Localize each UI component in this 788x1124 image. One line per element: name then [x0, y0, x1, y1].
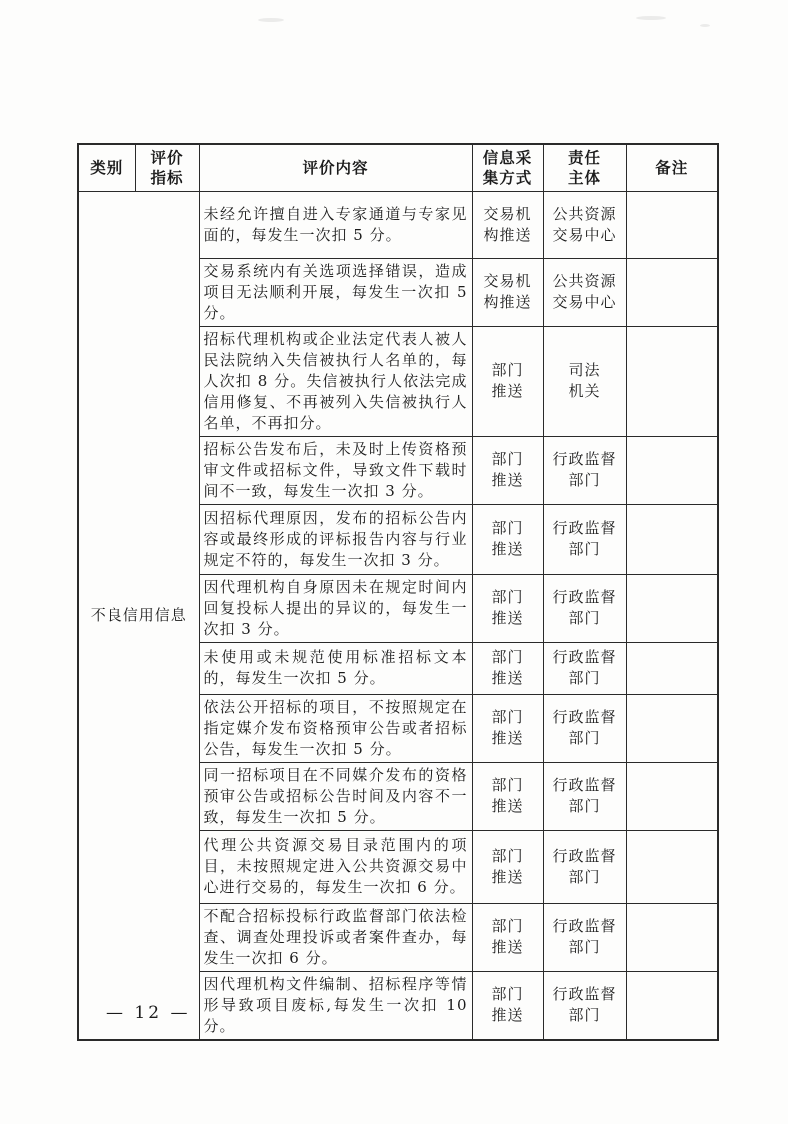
content-cell: 因招标代理原因，发布的招标公告内容或最终形成的评标报告内容与行业规定不符的，每发… [199, 504, 472, 574]
responsible-cell: 公共资源 交易中心 [543, 191, 626, 258]
content-cell: 代理公共资源交易目录范围内的项目，未按照规定进入公共资源交易中心进行交易的，每发… [199, 830, 472, 903]
responsible-cell: 行政监督 部门 [543, 642, 626, 694]
content-cell: 依法公开招标的项目，不按照规定在指定媒介发布资格预审公告或者招标公告，每发生一次… [199, 694, 472, 762]
responsible-cell: 行政监督 部门 [543, 694, 626, 762]
remark-cell [626, 326, 718, 436]
remark-cell [626, 830, 718, 903]
method-cell: 部门 推送 [472, 830, 543, 903]
content-cell: 交易系统内有关选项选择错误，造成项目无法顺利开展，每发生一次扣 5 分。 [199, 258, 472, 326]
method-cell: 部门 推送 [472, 436, 543, 504]
scan-smudge [636, 16, 666, 20]
content-cell: 招标公告发布后，未及时上传资格预审文件或招标文件，导致文件下载时间不一致，每发生… [199, 436, 472, 504]
remark-cell [626, 258, 718, 326]
column-header-remark: 备注 [626, 144, 718, 191]
method-cell: 部门 推送 [472, 574, 543, 642]
column-header-responsible-entity: 责任 主体 [543, 144, 626, 191]
document-page: 类别 评价 指标 评价内容 信息采 集方式 责任 主体 备注 不良信用信息未经允… [0, 0, 788, 1124]
method-cell: 部门 推送 [472, 762, 543, 830]
responsible-cell: 行政监督 部门 [543, 436, 626, 504]
method-cell: 交易机 构推送 [472, 191, 543, 258]
responsible-cell: 行政监督 部门 [543, 574, 626, 642]
method-cell: 部门 推送 [472, 903, 543, 971]
method-cell: 部门 推送 [472, 971, 543, 1040]
remark-cell [626, 694, 718, 762]
content-cell: 未经允许擅自进入专家通道与专家见面的，每发生一次扣 5 分。 [199, 191, 472, 258]
responsible-cell: 行政监督 部门 [543, 504, 626, 574]
remark-cell [626, 642, 718, 694]
column-header-collection-method: 信息采 集方式 [472, 144, 543, 191]
responsible-cell: 行政监督 部门 [543, 830, 626, 903]
column-header-content: 评价内容 [199, 144, 472, 191]
content-cell: 因代理机构文件编制、招标程序等情形导致项目废标,每发生一次扣 10 分。 [199, 971, 472, 1040]
method-cell: 部门 推送 [472, 326, 543, 436]
remark-cell [626, 191, 718, 258]
method-cell: 部门 推送 [472, 642, 543, 694]
table-body: 不良信用信息未经允许擅自进入专家通道与专家见面的，每发生一次扣 5 分。交易机 … [78, 191, 718, 1040]
scan-smudge [258, 18, 284, 22]
responsible-cell: 司法 机关 [543, 326, 626, 436]
method-cell: 部门 推送 [472, 504, 543, 574]
responsible-cell: 行政监督 部门 [543, 903, 626, 971]
column-header-indicator: 评价 指标 [135, 144, 199, 191]
content-cell: 同一招标项目在不同媒介发布的资格预审公告或招标公告时间及内容不一致，每发生一次扣… [199, 762, 472, 830]
responsible-cell: 行政监督 部门 [543, 971, 626, 1040]
column-header-category: 类别 [78, 144, 135, 191]
remark-cell [626, 504, 718, 574]
method-cell: 部门 推送 [472, 694, 543, 762]
content-cell: 不配合招标投标行政监督部门依法检查、调查处理投诉或者案件查办，每发生一次扣 6 … [199, 903, 472, 971]
remark-cell [626, 436, 718, 504]
evaluation-table: 类别 评价 指标 评价内容 信息采 集方式 责任 主体 备注 不良信用信息未经允… [77, 143, 719, 1041]
scan-smudge [700, 24, 710, 27]
remark-cell [626, 971, 718, 1040]
remark-cell [626, 574, 718, 642]
table-row: 不良信用信息未经允许擅自进入专家通道与专家见面的，每发生一次扣 5 分。交易机 … [78, 191, 718, 258]
responsible-cell: 公共资源 交易中心 [543, 258, 626, 326]
responsible-cell: 行政监督 部门 [543, 762, 626, 830]
page-number: — 12 — [106, 1003, 190, 1023]
category-merged-cell: 不良信用信息 [78, 191, 199, 1040]
remark-cell [626, 903, 718, 971]
content-cell: 招标代理机构或企业法定代表人被人民法院纳入失信被执行人名单的，每人次扣 8 分。… [199, 326, 472, 436]
content-cell: 未使用或未规范使用标准招标文本的，每发生一次扣 5 分。 [199, 642, 472, 694]
remark-cell [626, 762, 718, 830]
table-header-row: 类别 评价 指标 评价内容 信息采 集方式 责任 主体 备注 [78, 144, 718, 191]
content-cell: 因代理机构自身原因未在规定时间内回复投标人提出的异议的，每发生一次扣 3 分。 [199, 574, 472, 642]
method-cell: 交易机 构推送 [472, 258, 543, 326]
